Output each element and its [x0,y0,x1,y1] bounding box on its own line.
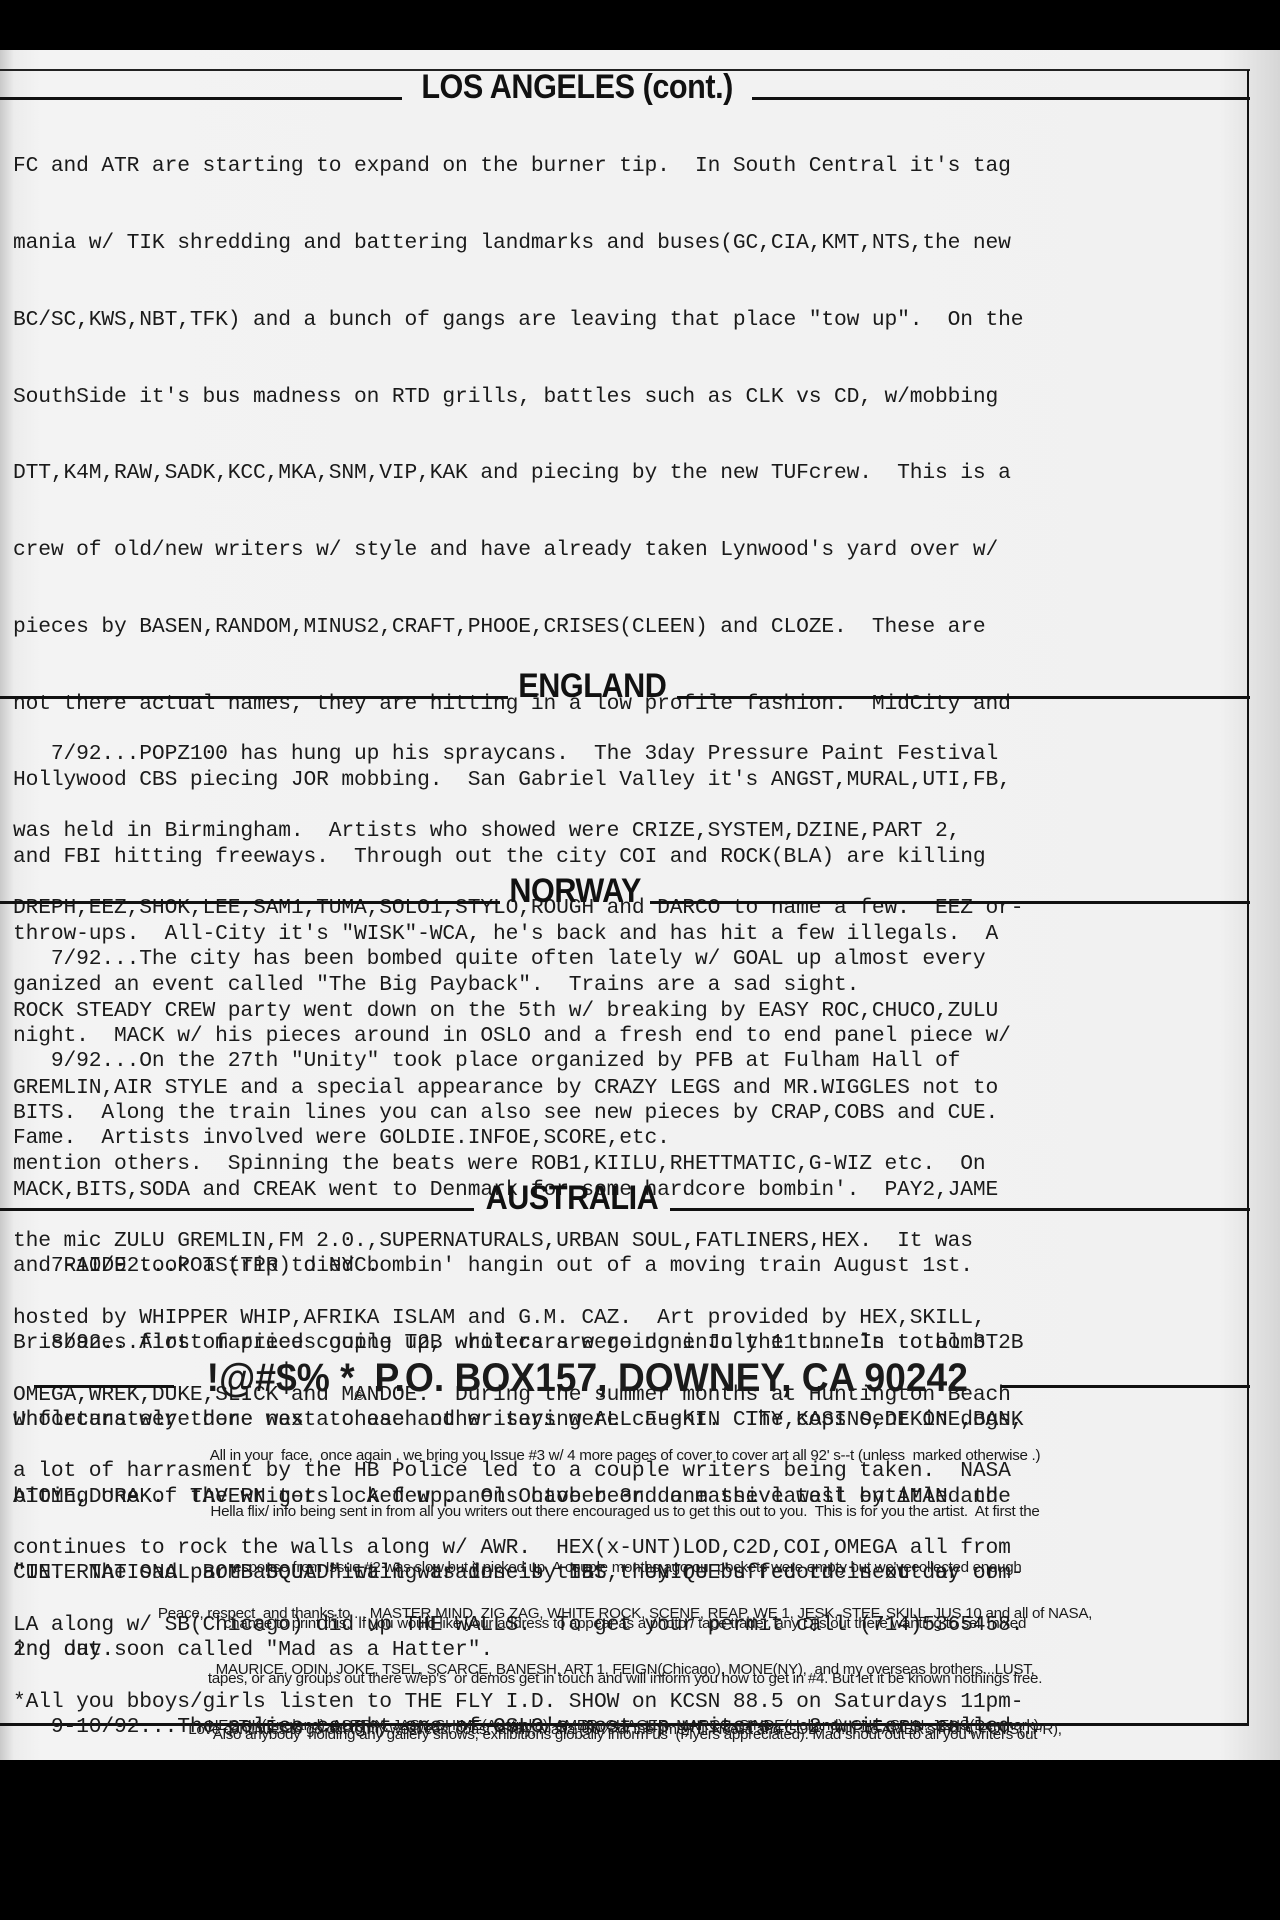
text-line: mania w/ TIK shredding and battering lan… [13,231,1243,257]
text-line: 7/92...The city has been bombed quite of… [13,947,1243,973]
text-line: BC/SC,KWS,NBT,TFK) and a bunch of gangs … [13,308,1243,334]
rule-right [1001,1385,1250,1388]
text-line: pieces by BASEN,RANDOM,MINUS2,CRAFT,PHOO… [13,615,1243,641]
rule-right [752,97,1250,100]
footer-address-header: !@#$% *© P.O. BOX157, DOWNEY, CA 90242 [0,1356,1250,1417]
note-line: Love continues to go out to my west/east… [0,1721,1250,1740]
note-line: Hella flix/ info being sent in from all … [0,1503,1250,1522]
zine-page: LOS ANGELES (cont.) FC and ATR are start… [0,50,1280,1760]
note-line: Peace, respect and thanks to ... MASTER … [0,1605,1250,1624]
rule-left [34,1385,174,1388]
text-line: 7/92...POPZ100 has hung up his spraycans… [13,742,1243,768]
section-header-los-angeles: LOS ANGELES (cont.) [0,68,1250,104]
section-title: LOS ANGELES (cont.) [419,70,734,104]
mailing-address: !@#$% *© P.O. BOX157, DOWNEY, CA 90242 [203,1356,972,1417]
bottom-black-band [0,1760,1280,1920]
text-line: crew of old/new writers w/ style and hav… [13,538,1243,564]
top-black-band [0,0,1280,50]
note-line: MAURICE, ODIN, JOKE, TSEL, SCARCE, BANES… [0,1661,1250,1680]
address-text: P.O. BOX157, DOWNEY, CA 90242 [375,1356,968,1400]
text-line: SouthSide it's bus madness on RTD grills… [13,385,1243,411]
text-line: Brisbanes first married couple T2B whole… [13,1331,1243,1357]
text-line: 7-10/92...POTS(TPR) died bombin' hangin … [13,1254,1243,1280]
text-line: night. MACK w/ his pieces around in OSLO… [13,1024,1243,1050]
note-line: All in your face, once again , we bring … [0,1447,1250,1466]
text-line: was held in Birmingham. Artists who show… [13,819,1243,845]
rule-left [0,97,402,100]
text-line: BITS. Along the train lines you can also… [13,1101,1243,1127]
zine-symbols: !@#$% * [207,1356,355,1400]
copyright-icon: © [355,1387,365,1403]
text-line: DTT,K4M,RAW,SADK,KCC,MKA,SNM,VIP,KAK and… [13,461,1243,487]
text-line: FC and ATR are starting to expand on the… [13,154,1243,180]
